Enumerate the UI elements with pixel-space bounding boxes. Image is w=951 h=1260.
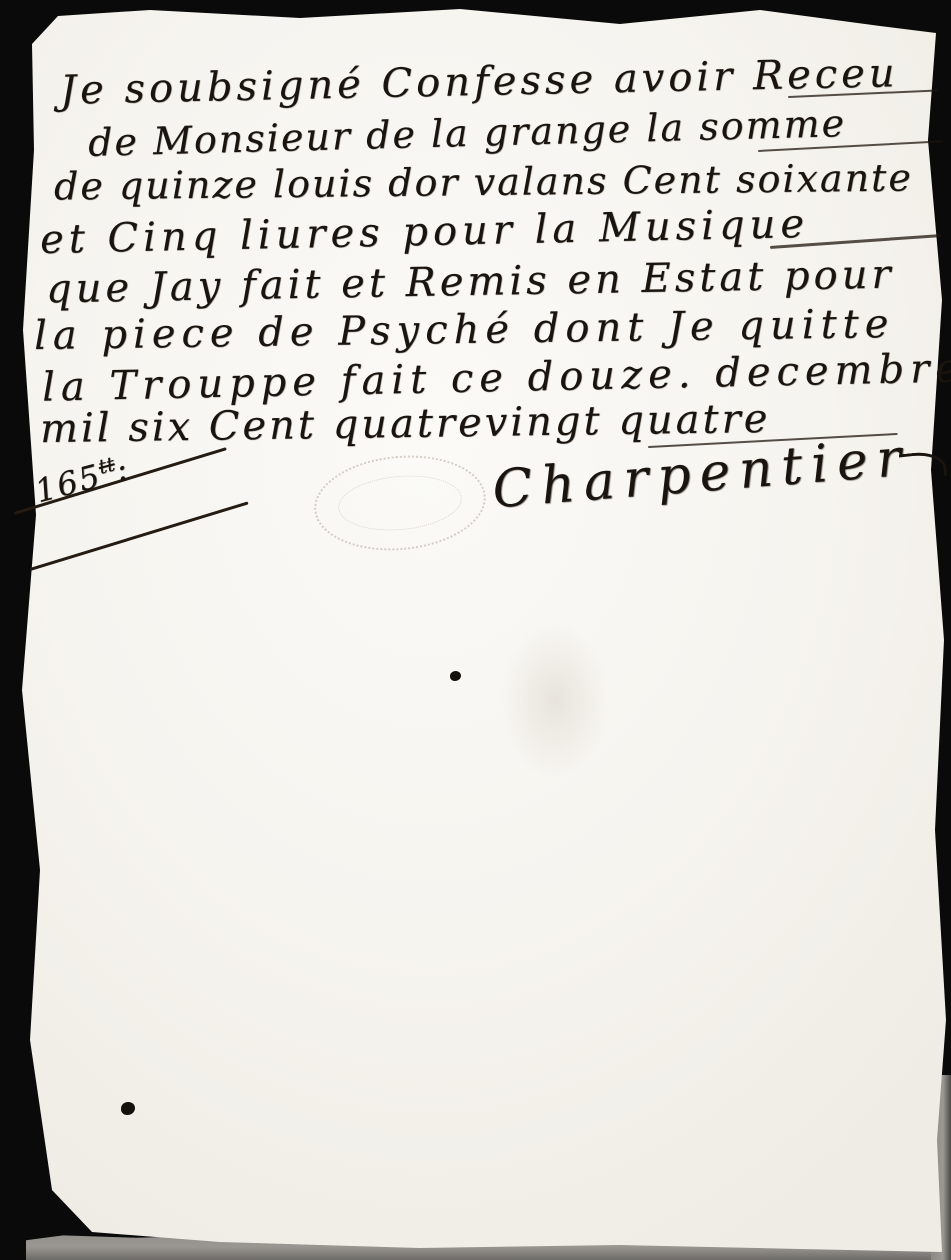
manuscript-content: Je soubsigné Confesse avoir Receu de Mon… bbox=[0, 0, 951, 1260]
archive-stamp-inner-ring bbox=[336, 471, 464, 536]
manuscript-line-6: la piece de Psyché dont Je quitte bbox=[34, 304, 895, 356]
amount-diagonal-stroke-lower bbox=[30, 501, 249, 570]
paper-smudge bbox=[500, 620, 610, 780]
manuscript-line-8: mil six Cent quatrevingt quatre bbox=[40, 399, 771, 449]
archive-stamp-oval-icon bbox=[310, 449, 490, 558]
photo-mount: Je soubsigné Confesse avoir Receu de Mon… bbox=[0, 0, 951, 1260]
manuscript-line-2: de Monsieur de la grange la somme bbox=[88, 104, 847, 162]
manuscript-line-5: que Jay fait et Remis en Estat pour bbox=[46, 255, 895, 310]
ink-spot-bottom bbox=[121, 1102, 135, 1115]
amount-value: 165 bbox=[31, 456, 106, 510]
ink-spot-middle bbox=[450, 671, 461, 681]
marginal-amount: 165tt: bbox=[31, 450, 132, 507]
manuscript-line-4: et Cinq liures pour la Musique bbox=[40, 204, 810, 260]
signature-flourish bbox=[899, 450, 947, 481]
manuscript-line-3: de quinze louis dor valans Cent soixante bbox=[54, 159, 913, 206]
amount-suffix: : bbox=[111, 449, 133, 489]
